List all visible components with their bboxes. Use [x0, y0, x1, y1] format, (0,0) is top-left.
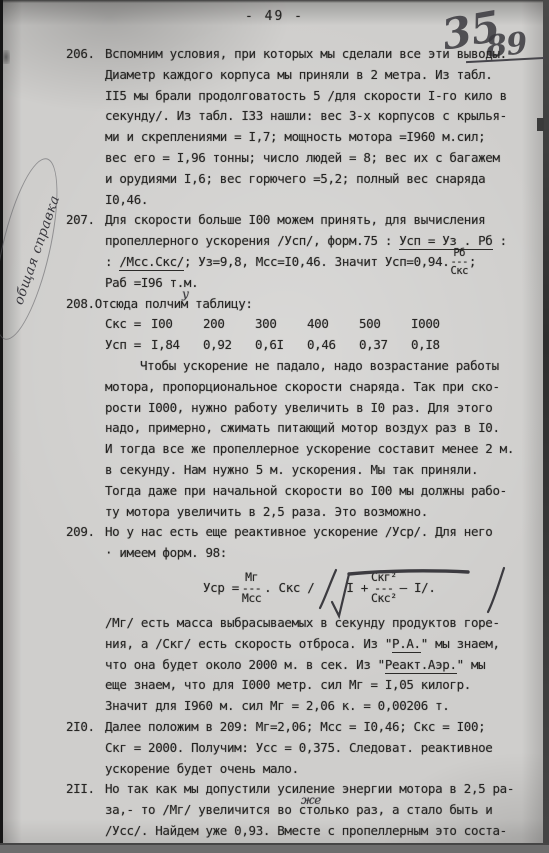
scan-edge-bottom [0, 843, 549, 853]
table-208: Скс = I00 200 300 400 500 I000 Усп = I,8… [105, 314, 541, 356]
para-number: 2I0. [66, 717, 95, 738]
fraction-Skg2-Sks2: Скг²---Скс² [371, 572, 397, 604]
text-line: мотора, пропорциональное скорости снаряд… [105, 377, 541, 398]
text-line: Далее положим в 209: Мг=2,06; Мсс = I0,4… [105, 717, 541, 738]
para-number: 207. [66, 210, 95, 231]
scan-smudge [2, 50, 10, 64]
text-line: в секунду. Нам нужно 5 м. ускорения. Мы … [105, 460, 541, 481]
paragraph-207: 207. Для скорости больше I00 можем приня… [105, 210, 541, 293]
text-line: вес его = I,96 тонны; число людей = 8; в… [105, 148, 541, 169]
table-cell: I,84 [151, 335, 203, 356]
square-root-group: I + Скг²---Скс² — I/. [316, 570, 441, 606]
formula-inner-right: — I/. [400, 578, 436, 599]
paragraph-206: 206. Вспомним условия, при которых мы сд… [105, 44, 541, 210]
margin-annotation: общая справка [0, 156, 52, 342]
text-line: И тогда все же пропеллерное ускорение со… [105, 439, 541, 460]
text-line: Вспомним условия, при которых мы сделали… [105, 44, 541, 65]
table-cell: 0,6I [255, 335, 307, 356]
paragraph-211: 2II. Но так как мы допустили усиление эн… [105, 779, 541, 841]
para-number: 2II. [66, 779, 95, 800]
underlined-formula: Усп = Уз . Рб [399, 233, 492, 250]
fraction-denominator: Мсс [242, 593, 261, 604]
text-segment: ; Уз=9,8, Мсс=I0,46. Значит Усп=0,94. [184, 254, 450, 269]
reference-title: Реакт.Аэр. [385, 657, 457, 674]
text-line: Раб =I96 т.м. [105, 273, 541, 294]
text-line: Но так как мы допустили усиление энергии… [105, 779, 541, 800]
table-cell: 400 [307, 314, 359, 335]
scan-edge-top [0, 0, 549, 3]
text-line: · имеем форм. 98: [105, 543, 541, 564]
text-line: Значит для I960 м. сил Мг = 2,06 к. = 0,… [105, 696, 541, 717]
text-line-with-reference: ния, а /Скг/ есть скорость отброса. Из "… [105, 634, 541, 655]
row-label: Усп = [105, 335, 151, 356]
text-segment: что она будет около 2000 м. в сек. Из " [105, 657, 385, 672]
text-segment: ния, а /Скг/ есть скорость отброса. Из " [105, 636, 392, 651]
table-cell: 0,92 [203, 335, 255, 356]
text-line: и орудиями I,6; вес горючего =5,2; полны… [105, 169, 541, 190]
handwritten-insert-u: у [182, 284, 189, 305]
formula-98: Уср = Мг---Мсс . Скс / I + Скг²---Скс² —… [203, 566, 541, 610]
text-line: II5 мы брали продолговатость 5 /для скор… [105, 86, 541, 107]
paragraph-208: у 208.Отсюда полчим таблицу: [66, 294, 541, 315]
formula-mid: . Скс / [264, 578, 314, 599]
text-line: рости I000, нужно работу увеличить в I0 … [105, 398, 541, 419]
table-row: Усп = I,84 0,92 0,6I 0,46 0,37 0,I8 [105, 335, 541, 356]
underlined-term: /Мсс.Скс/ [119, 254, 184, 271]
fraction-denominator: Скс² [371, 593, 397, 604]
table-cell: 0,I8 [411, 335, 463, 356]
para-number: 206. [66, 44, 95, 65]
text-line: надо, примерно, сжимать питающий мотор в… [105, 418, 541, 439]
fraction-denominator: Скс [450, 267, 467, 276]
text-segment: пропеллерного ускорения /Усп/, форм.75 : [105, 233, 399, 248]
paragraph-208-continuation: Чтобы ускорение не падало, надо возраста… [105, 356, 541, 522]
text-line: Но у нас есть еще реактивное ускорение /… [105, 522, 541, 543]
text-segment: " мы [457, 657, 486, 672]
row-label: Скс = [105, 314, 151, 335]
para-number: 209. [66, 522, 95, 543]
text-line: I0,46. [105, 190, 541, 211]
text-line: 208.Отсюда полчим таблицу: [66, 294, 541, 315]
text-segment: " мы знаем, [421, 636, 500, 651]
text-line-with-reference: что она будет около 2000 м. в сек. Из "Р… [105, 655, 541, 676]
text-line: /Усс/. Найдем уже 0,93. Вместе с пропелл… [105, 821, 541, 842]
formula-inner-left: I + [346, 578, 368, 599]
text-line: Чтобы ускорение не падало, надо возраста… [105, 356, 541, 377]
text-line-with-formula: пропеллерного ускорения /Усп/, форм.75 :… [105, 231, 541, 252]
paragraph-209: 209. Но у нас есть еще реактивное ускоре… [105, 522, 541, 717]
table-cell: 0,46 [307, 335, 359, 356]
text-line: секунду/. Из табл. I33 нашли: вес 3-х ко… [105, 106, 541, 127]
table-cell: 0,37 [359, 335, 411, 356]
text-line: /Мг/ есть масса выбрасываемых в секунду … [105, 613, 541, 634]
fraction-Mg-Mss: Мг---Мсс [242, 572, 261, 604]
table-row: Скс = I00 200 300 400 500 I000 [105, 314, 541, 335]
text-line: еще знаем, что для I000 метр. сил Мг = I… [105, 675, 541, 696]
text-line-with-fraction: : /Мсс.Скс/; Уз=9,8, Мсс=I0,46. Значит У… [105, 252, 541, 273]
table-cell: I000 [411, 314, 463, 335]
scanned-document-page: - 49 - 35 89 общая справка 206. Вспомним… [0, 0, 549, 853]
document-body: 206. Вспомним условия, при которых мы сд… [105, 44, 541, 842]
paragraph-210: 2I0. Далее положим в 209: Мг=2,06; Мсс =… [105, 717, 541, 779]
text-line: ми и скреплениями = I,7; мощность мотора… [105, 127, 541, 148]
table-cell: 300 [255, 314, 307, 335]
text-line: Для скорости больше I00 можем принять, д… [105, 210, 541, 231]
text-line: ускорение будет очень мало. [105, 759, 541, 780]
text-segment: : [493, 233, 507, 248]
table-cell: 200 [203, 314, 255, 335]
reference-title: Р.А. [392, 636, 421, 653]
formula-lhs: Уср = [203, 578, 239, 599]
text-segment: : [105, 254, 119, 269]
text-line: Скг = 2000. Получим: Усс = 0,375. Следов… [105, 738, 541, 759]
text-segment: за,- то /Мг/ увеличится во столько раз, … [105, 802, 493, 817]
text-line: Диаметр каждого корпуса мы приняли в 2 м… [105, 65, 541, 86]
table-cell: 500 [359, 314, 411, 335]
text-line-with-insert: жеза,- то /Мг/ увеличится во столько раз… [105, 800, 541, 821]
table-cell: I00 [151, 314, 203, 335]
text-line: ту мотора увеличить в 2,5 раза. Это возм… [105, 502, 541, 523]
handwritten-insert-zhe: же [301, 790, 321, 811]
fraction-Rb-Sks: Рб---Скс [450, 249, 467, 276]
text-segment: ; [469, 254, 476, 269]
scan-edge-left [0, 0, 3, 853]
text-line: Тогда даже при начальной скорости во I00… [105, 481, 541, 502]
